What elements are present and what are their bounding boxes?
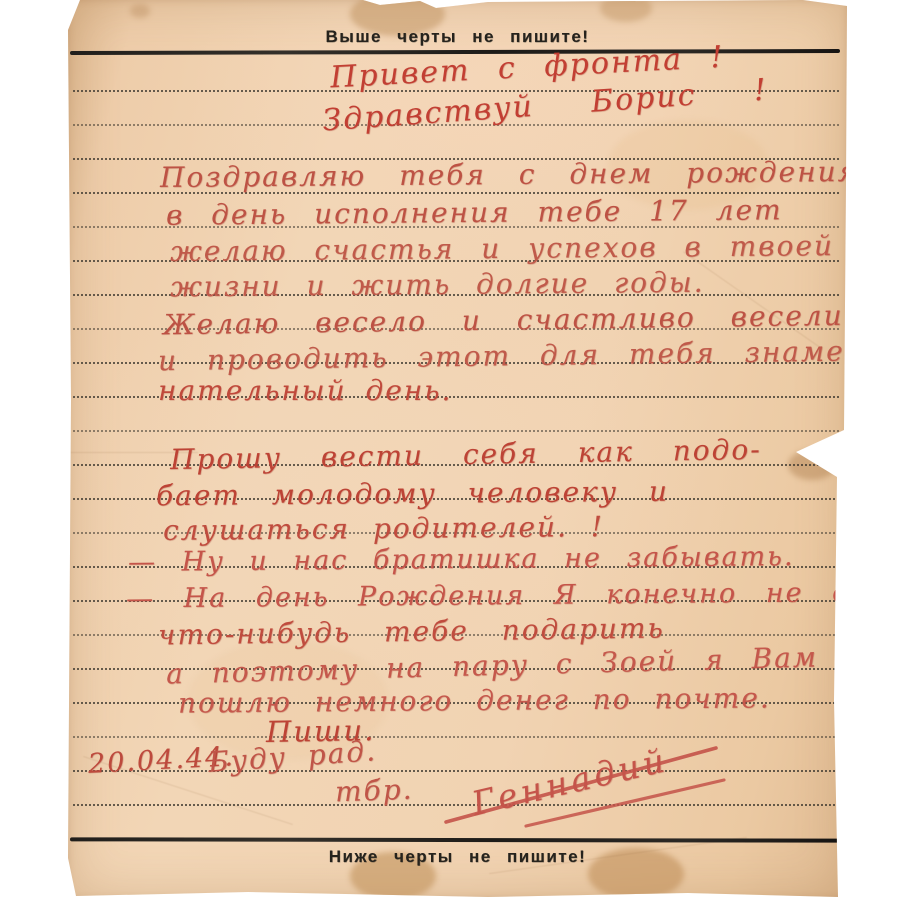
handwritten-line: нательный день. [158,374,452,407]
ruled-line [73,430,839,432]
handwritten-line: Поздравляю тебя с днем рождения [160,155,858,194]
handwritten-line: Прошу вести себя как подо- [170,433,762,476]
handwritten-line: и проводить этот для тебя знаме — [158,334,900,377]
letter-closing: тбр. [334,773,414,809]
paper-stain [600,0,652,22]
scanned-letter-page: { "printed": { "top_warning": "Выше черт… [0,0,900,900]
handwritten-line: в день исполнения тебе 17 лет [166,193,783,231]
signature: Геннадий [468,740,672,823]
paper-stain [130,4,150,18]
handwritten-line: бает молодому человеку и [156,475,669,512]
printed-warning-bottom: Ниже черты не пишите! [68,847,847,867]
letter-paper: Выше черты не пишите! Ниже черты не пиши… [68,0,847,898]
handwritten-line: — На день Рождения Я конечно не сумею [126,576,900,614]
ruled-line [73,804,839,806]
handwritten-line: пошлю немного денег по почте. [178,681,771,719]
handwritten-line: жизни и жить долгие годы. [170,266,705,304]
handwritten-line: слушаться родителей. ! [163,510,604,547]
handwritten-line: — Ну и нас братишка не забывать. [128,541,795,578]
printed-warning-top: Выше черты не пишите! [68,27,847,47]
handwritten-line: желаю счастья и успехов в твоей [170,229,834,268]
ruled-line [73,736,839,738]
bottom-boundary-line [70,837,840,842]
